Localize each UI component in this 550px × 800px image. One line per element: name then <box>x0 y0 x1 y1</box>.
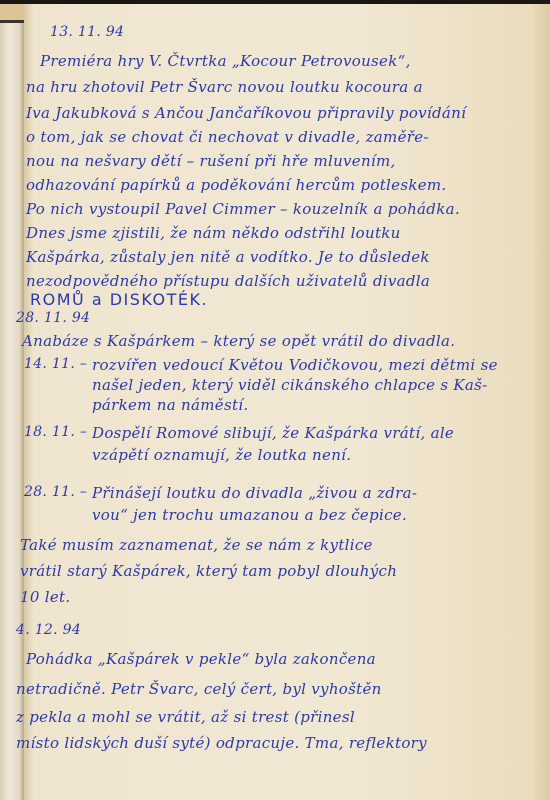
text-line: Premiéra hry V. Čtvrtka „Kocour Petrovou… <box>40 52 411 70</box>
text-line: nou na nešvary dětí – rušení při hře mlu… <box>26 152 396 170</box>
text-line: Přinášejí loutku do divadla „živou a zdr… <box>92 484 417 502</box>
text-line: párkem na náměstí. <box>92 396 248 414</box>
text-line: rozvířen vedoucí Květou Vodičkovou, mezi… <box>92 356 498 374</box>
text-line: z pekla a mohl se vrátit, až si trest (p… <box>16 708 355 726</box>
entry-date: 28. 11. 94 <box>16 310 90 326</box>
text-line: místo lidských duší syté) odpracuje. Tma… <box>16 734 427 752</box>
text-line: nezodpovědného přístupu dalších uživatel… <box>26 272 430 290</box>
text-line: vrátil starý Kašpárek, který tam pobyl d… <box>20 562 397 580</box>
text-line: vzápětí oznamují, že loutka není. <box>92 446 351 464</box>
entry-date: 13. 11. 94 <box>50 24 124 40</box>
binding-tab <box>0 4 24 20</box>
text-line: Po nich vystoupil Pavel Cimmer – kouzeln… <box>26 200 460 218</box>
text-line: našel jeden, který viděl cikánského chla… <box>92 376 488 394</box>
text-line: Také musím zaznamenat, že se nám z kytli… <box>20 536 373 554</box>
text-line: Dospělí Romové slibují, že Kašpárka vrát… <box>92 424 454 442</box>
binding-strip <box>0 20 24 23</box>
page-edge-shade <box>530 4 550 800</box>
text-line: Kašpárka, zůstaly jen nitě a vodítko. Je… <box>26 248 430 266</box>
entry-date: 4. 12. 94 <box>16 622 81 638</box>
text-line: 10 let. <box>20 588 70 606</box>
text-line: na hru zhotovil Petr Švarc novou loutku … <box>26 78 423 96</box>
text-line: Iva Jakubková s Ančou Jančaříkovou připr… <box>26 104 466 122</box>
text-line: odhazování papírků a poděkování hercům p… <box>26 176 446 194</box>
sub-entry-date: 28. 11. – <box>24 484 87 500</box>
text-line-caps: ROMŮ a DISKOTÉK. <box>30 290 208 309</box>
sub-entry-date: 18. 11. – <box>24 424 87 440</box>
text-line: Dnes jsme zjistili, že nám někdo odstřih… <box>26 224 401 242</box>
text-line: o tom, jak se chovat či nechovat v divad… <box>26 128 429 146</box>
text-line: Pohádka „Kašpárek v pekle“ byla zakončen… <box>26 650 376 668</box>
text-line: vou“ jen trochu umazanou a bez čepice. <box>92 506 407 524</box>
sub-entry-date: 14. 11. – <box>24 356 87 372</box>
text-line: netradičně. Petr Švarc, celý čert, byl v… <box>16 680 382 698</box>
text-line: Anabáze s Kašpárkem – který se opět vrát… <box>22 332 455 350</box>
